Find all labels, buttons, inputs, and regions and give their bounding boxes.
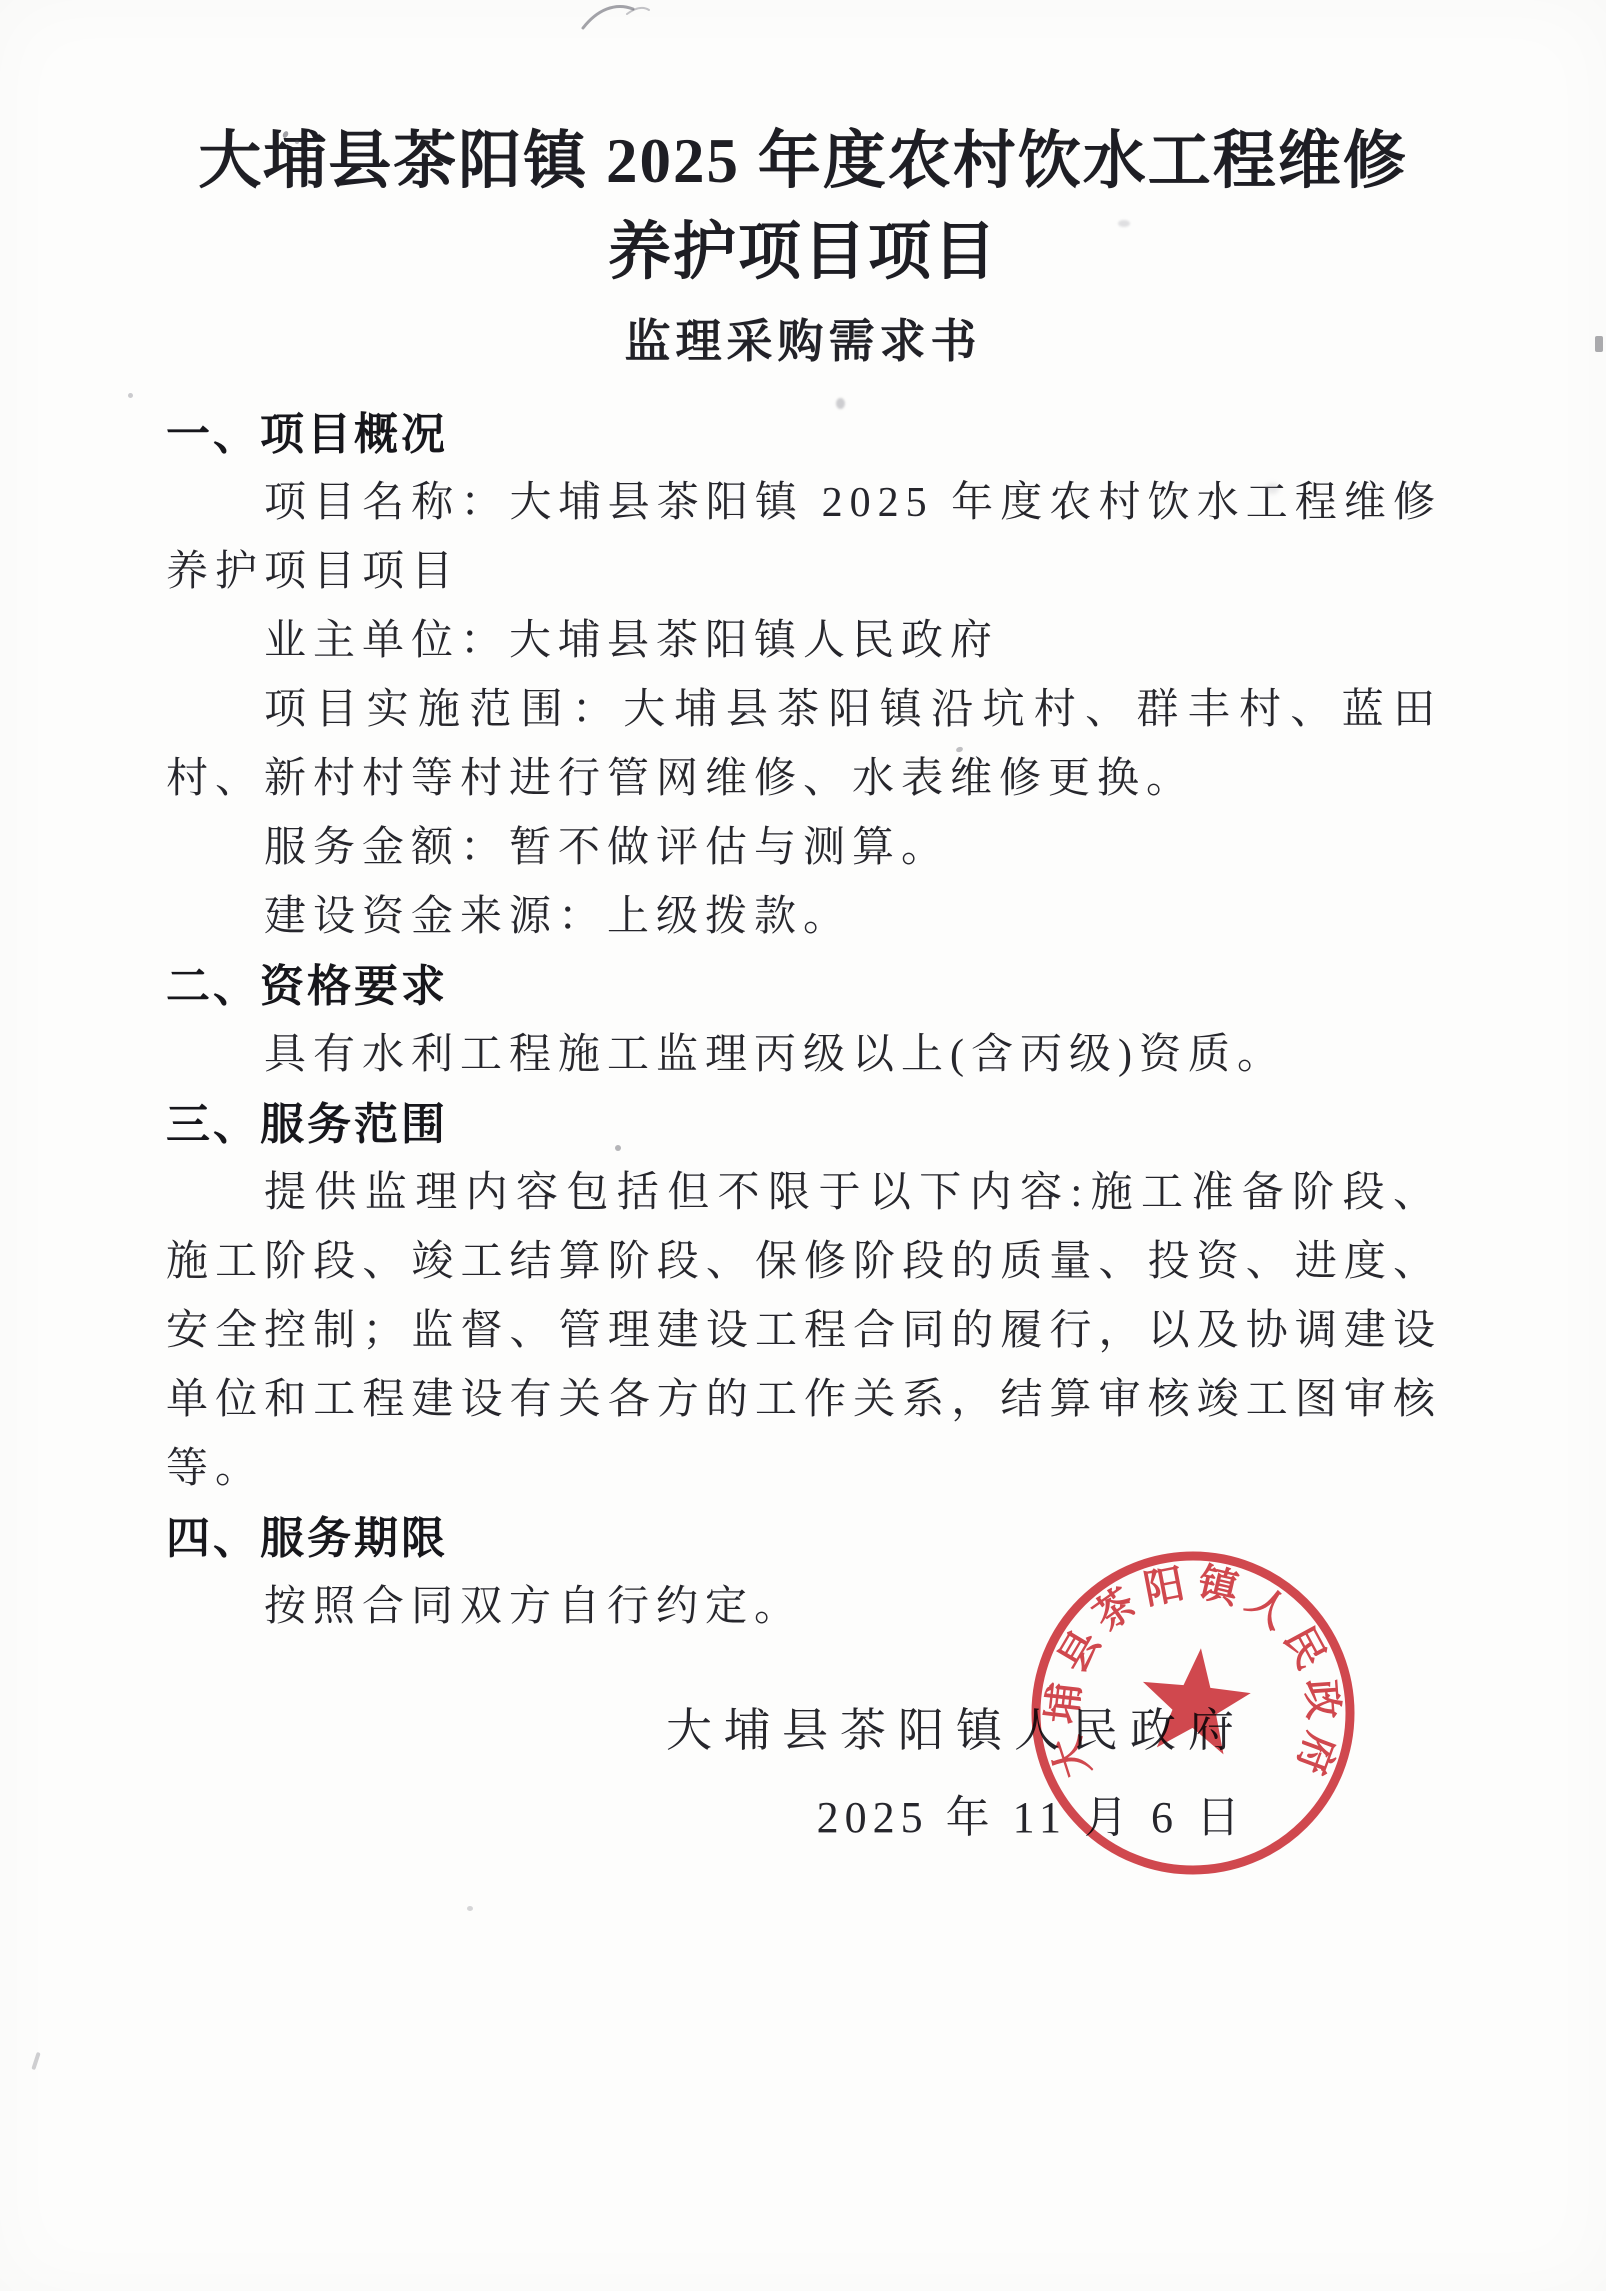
paragraph-service-amount: 服务金额：暂不做评估与测算。 [166,814,1442,883]
scan-speck [128,393,133,398]
signature-date: 2025 年 11 月 6 日 [166,1788,1246,1848]
scan-speck [1595,336,1603,352]
document-title-line-1: 大埔县茶阳镇 2025 年度农村饮水工程维修 [160,116,1446,207]
paragraph-service-period: 按照合同双方自行约定。 [166,1573,1442,1642]
pen-scribble-mark [575,0,665,34]
paragraph-implementation-scope: 项目实施范围：大埔县茶阳镇沿坑村、群丰村、蓝田村、新村村等村进行管网维修、水表维… [166,676,1442,814]
section-heading-2: 二、资格要求 [166,952,1442,1021]
paragraph-owner-unit: 业主单位：大埔县茶阳镇人民政府 [166,607,1442,676]
section-heading-4: 四、服务期限 [166,1504,1442,1573]
paragraph-funding-source: 建设资金来源：上级拨款。 [166,883,1442,952]
section-heading-1: 一、项目概况 [166,400,1442,469]
paragraph-project-name: 项目名称：大埔县茶阳镇 2025 年度农村饮水工程维修养护项目项目 [166,469,1442,607]
paragraph-qualification: 具有水利工程施工监理丙级以上(含丙级)资质。 [166,1021,1442,1090]
document-title-line-2: 养护项目项目 [160,207,1446,298]
document-subtitle: 监理采购需求书 [160,312,1446,372]
scanned-document-page: 大埔县茶阳镇 2025 年度农村饮水工程维修 养护项目项目 监理采购需求书 一、… [0,0,1606,2291]
closing-block: 大埔县茶阳镇人民政府 2025 年 11 月 6 日 [166,1700,1442,1848]
document-title: 大埔县茶阳镇 2025 年度农村饮水工程维修 养护项目项目 [160,116,1446,298]
document-body: 一、项目概况 项目名称：大埔县茶阳镇 2025 年度农村饮水工程维修养护项目项目… [166,400,1442,1642]
scan-speck [467,1906,473,1911]
signature-organization: 大埔县茶阳镇人民政府 [166,1700,1246,1762]
section-heading-3: 三、服务范围 [166,1090,1442,1159]
scan-speck [31,2052,40,2070]
paragraph-service-scope: 提供监理内容包括但不限于以下内容:施工准备阶段、施工阶段、竣工结算阶段、保修阶段… [166,1159,1442,1504]
